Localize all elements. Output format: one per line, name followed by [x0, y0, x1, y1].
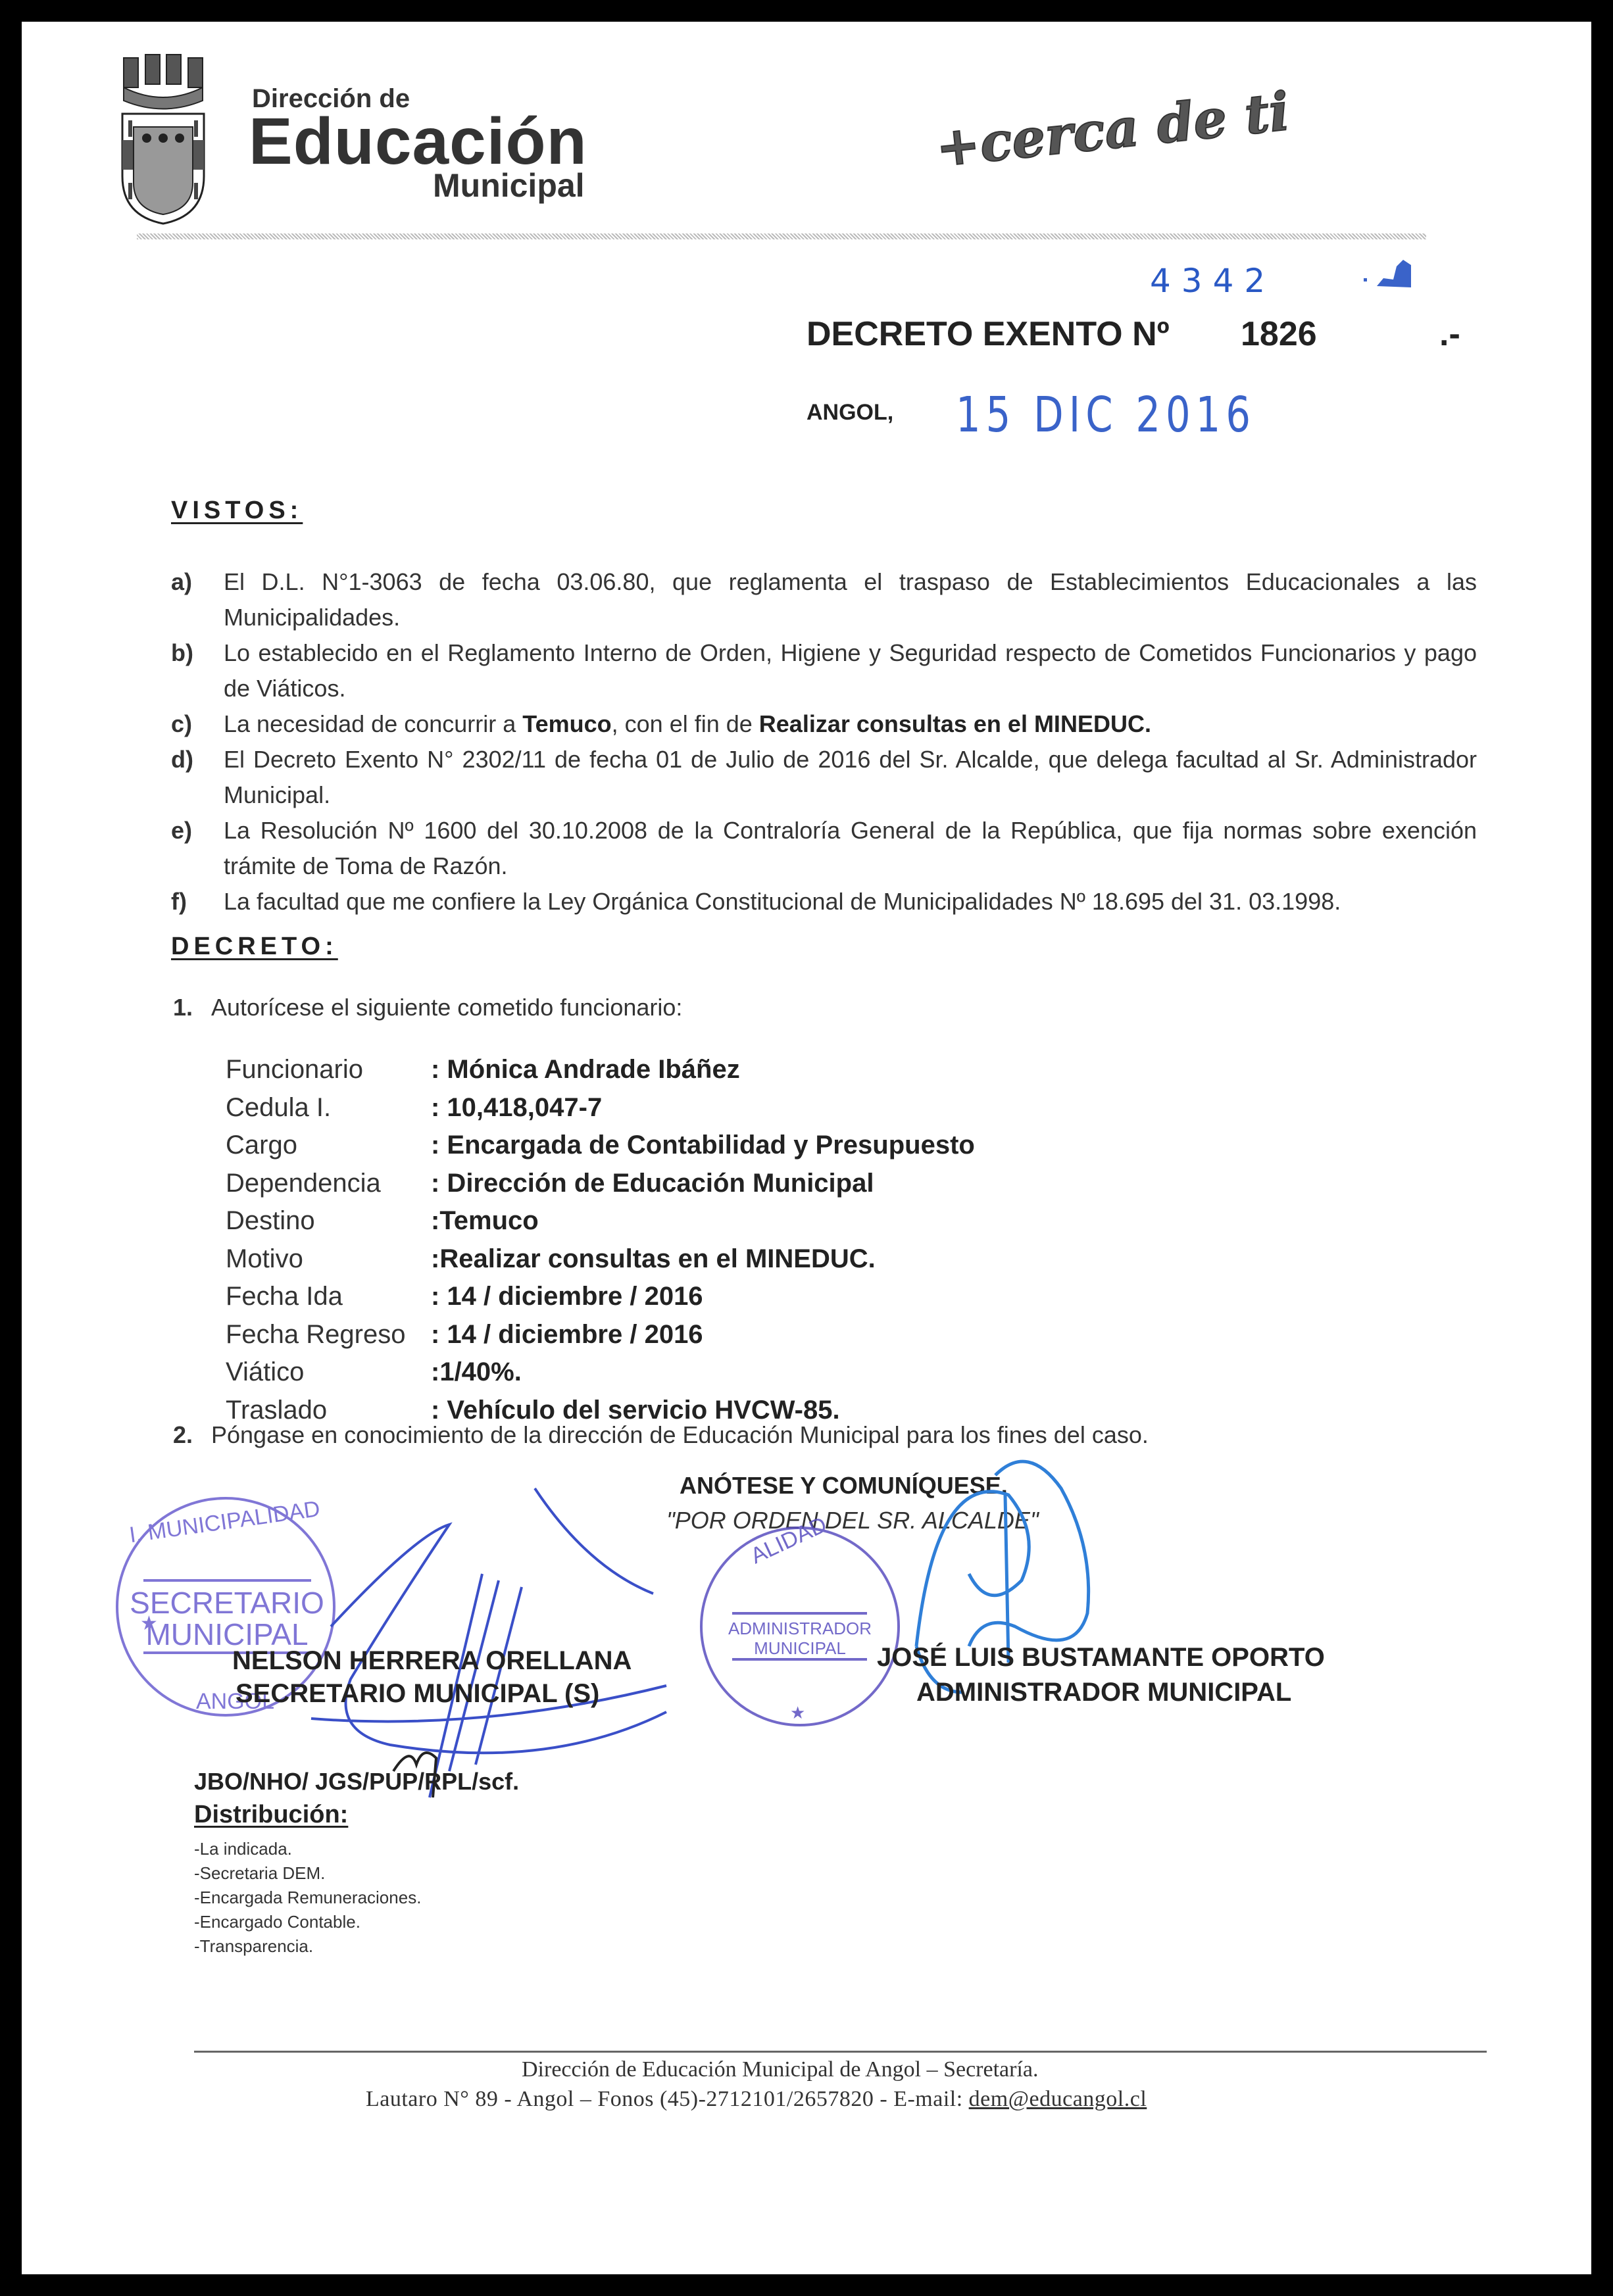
distribution-heading: Distribución:	[194, 1801, 348, 1829]
signatory-2-name: JOSÉ LUIS BUSTAMANTE OPORTO	[877, 1643, 1325, 1673]
signatory-1-name: NELSON HERRERA ORELLANA	[232, 1646, 632, 1676]
administrador-seal-icon: ADMINISTRADOR MUNICIPAL ALIDAD ★	[701, 1512, 899, 1725]
distribution-item: -Encargada Remuneraciones.	[194, 1886, 421, 1910]
signatory-2-role: ADMINISTRADOR MUNICIPAL	[916, 1678, 1291, 1707]
signatory-1-role: SECRETARIO MUNICIPAL (S)	[236, 1679, 599, 1709]
distribution-item: -Secretaria DEM.	[194, 1861, 421, 1886]
svg-text:SECRETARIO: SECRETARIO	[130, 1586, 324, 1620]
svg-text:MUNICIPAL: MUNICIPAL	[754, 1638, 846, 1658]
svg-text:ALIDAD: ALIDAD	[747, 1512, 830, 1569]
footer-email-link[interactable]: dem@educangol.cl	[969, 2087, 1147, 2111]
footer-contact: Lautaro N° 89 - Angol – Fonos (45)-27121…	[366, 2087, 1147, 2112]
distribution-list: -La indicada. -Secretaria DEM. -Encargad…	[194, 1837, 421, 1959]
footer-divider	[194, 2051, 1487, 2053]
svg-text:I. MUNICIPALIDAD: I. MUNICIPALIDAD	[128, 1496, 322, 1548]
svg-text:★: ★	[790, 1703, 805, 1722]
footer-org: Dirección de Educación Municipal de Ango…	[522, 2057, 1039, 2082]
document-page: Dirección de Educación Municipal +cerca …	[22, 22, 1591, 2274]
distribution-item: -La indicada.	[194, 1837, 421, 1861]
distribution-item: -Encargado Contable.	[194, 1910, 421, 1934]
distribution-item: -Transparencia.	[194, 1934, 421, 1959]
svg-text:★: ★	[140, 1613, 158, 1634]
svg-text:ADMINISTRADOR: ADMINISTRADOR	[728, 1619, 872, 1638]
footer-address: Lautaro N° 89 - Angol – Fonos (45)-27121…	[366, 2087, 969, 2111]
reference-initials: JBO/NHO/ JGS/PUP/RPL/scf.	[194, 1768, 519, 1795]
